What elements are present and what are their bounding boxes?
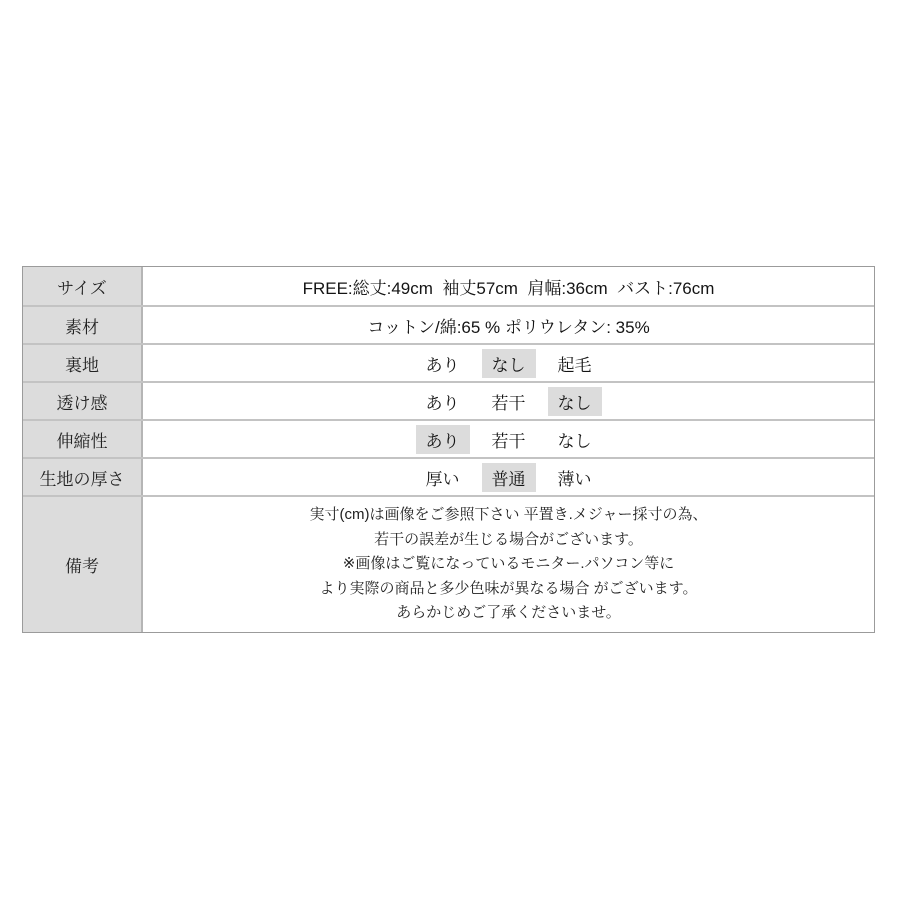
- row-label-lining: 裏地: [23, 345, 143, 381]
- spec-row-material: 素材 コットン/綿:65 % ポリウレタン: 35%: [23, 305, 874, 343]
- notes-line-2: 若干の誤差が生じる場合がございます。: [374, 528, 643, 553]
- row-label-material: 素材: [23, 307, 143, 343]
- notes-text: 実寸(cm)は画像をご参照下さい 平置き.メジャー採寸の為、 若干の誤差が生じる…: [143, 497, 874, 632]
- spec-row-size: サイズ FREE:総丈:49cm 袖丈57cm 肩幅:36cm バスト:76cm: [23, 267, 874, 305]
- lining-option-kimo: 起毛: [548, 349, 602, 378]
- notes-line-5: あらかじめご了承くださいませ。: [396, 601, 621, 626]
- thickness-options: 厚い 普通 薄い: [143, 459, 874, 495]
- material-value: コットン/綿:65 % ポリウレタン: 35%: [143, 307, 874, 343]
- notes-line-4: より実際の商品と多少色味が異なる場合 がございます。: [320, 577, 698, 602]
- spec-row-thickness: 生地の厚さ 厚い 普通 薄い: [23, 457, 874, 495]
- row-label-thickness: 生地の厚さ: [23, 459, 143, 495]
- row-label-notes: 備考: [23, 497, 143, 632]
- stretch-option-nashi: なし: [548, 425, 602, 454]
- stretch-option-jakkan: 若干: [482, 425, 536, 454]
- sheerness-options: あり 若干 なし: [143, 383, 874, 419]
- lining-option-nashi: なし: [482, 349, 536, 378]
- sheerness-option-jakkan: 若干: [482, 387, 536, 416]
- thickness-option-futsuu: 普通: [482, 463, 536, 492]
- spec-row-lining: 裏地 あり なし 起毛: [23, 343, 874, 381]
- sheerness-option-nashi: なし: [548, 387, 602, 416]
- row-label-stretch: 伸縮性: [23, 421, 143, 457]
- thickness-option-atsui: 厚い: [416, 463, 470, 492]
- size-value: FREE:総丈:49cm 袖丈57cm 肩幅:36cm バスト:76cm: [143, 267, 874, 305]
- spec-row-stretch: 伸縮性 あり 若干 なし: [23, 419, 874, 457]
- lining-options: あり なし 起毛: [143, 345, 874, 381]
- lining-option-ari: あり: [416, 349, 470, 378]
- sheerness-option-ari: あり: [416, 387, 470, 416]
- spec-row-notes: 備考 実寸(cm)は画像をご参照下さい 平置き.メジャー採寸の為、 若干の誤差が…: [23, 495, 874, 632]
- notes-line-1: 実寸(cm)は画像をご参照下さい 平置き.メジャー採寸の為、: [309, 503, 707, 528]
- row-label-sheerness: 透け感: [23, 383, 143, 419]
- row-label-size: サイズ: [23, 267, 143, 305]
- stretch-options: あり 若干 なし: [143, 421, 874, 457]
- notes-line-3: ※画像はご覧になっているモニター.パソコン等に: [343, 552, 674, 577]
- product-spec-table: サイズ FREE:総丈:49cm 袖丈57cm 肩幅:36cm バスト:76cm…: [22, 266, 875, 633]
- thickness-option-usui: 薄い: [548, 463, 602, 492]
- spec-row-sheerness: 透け感 あり 若干 なし: [23, 381, 874, 419]
- stretch-option-ari: あり: [416, 425, 470, 454]
